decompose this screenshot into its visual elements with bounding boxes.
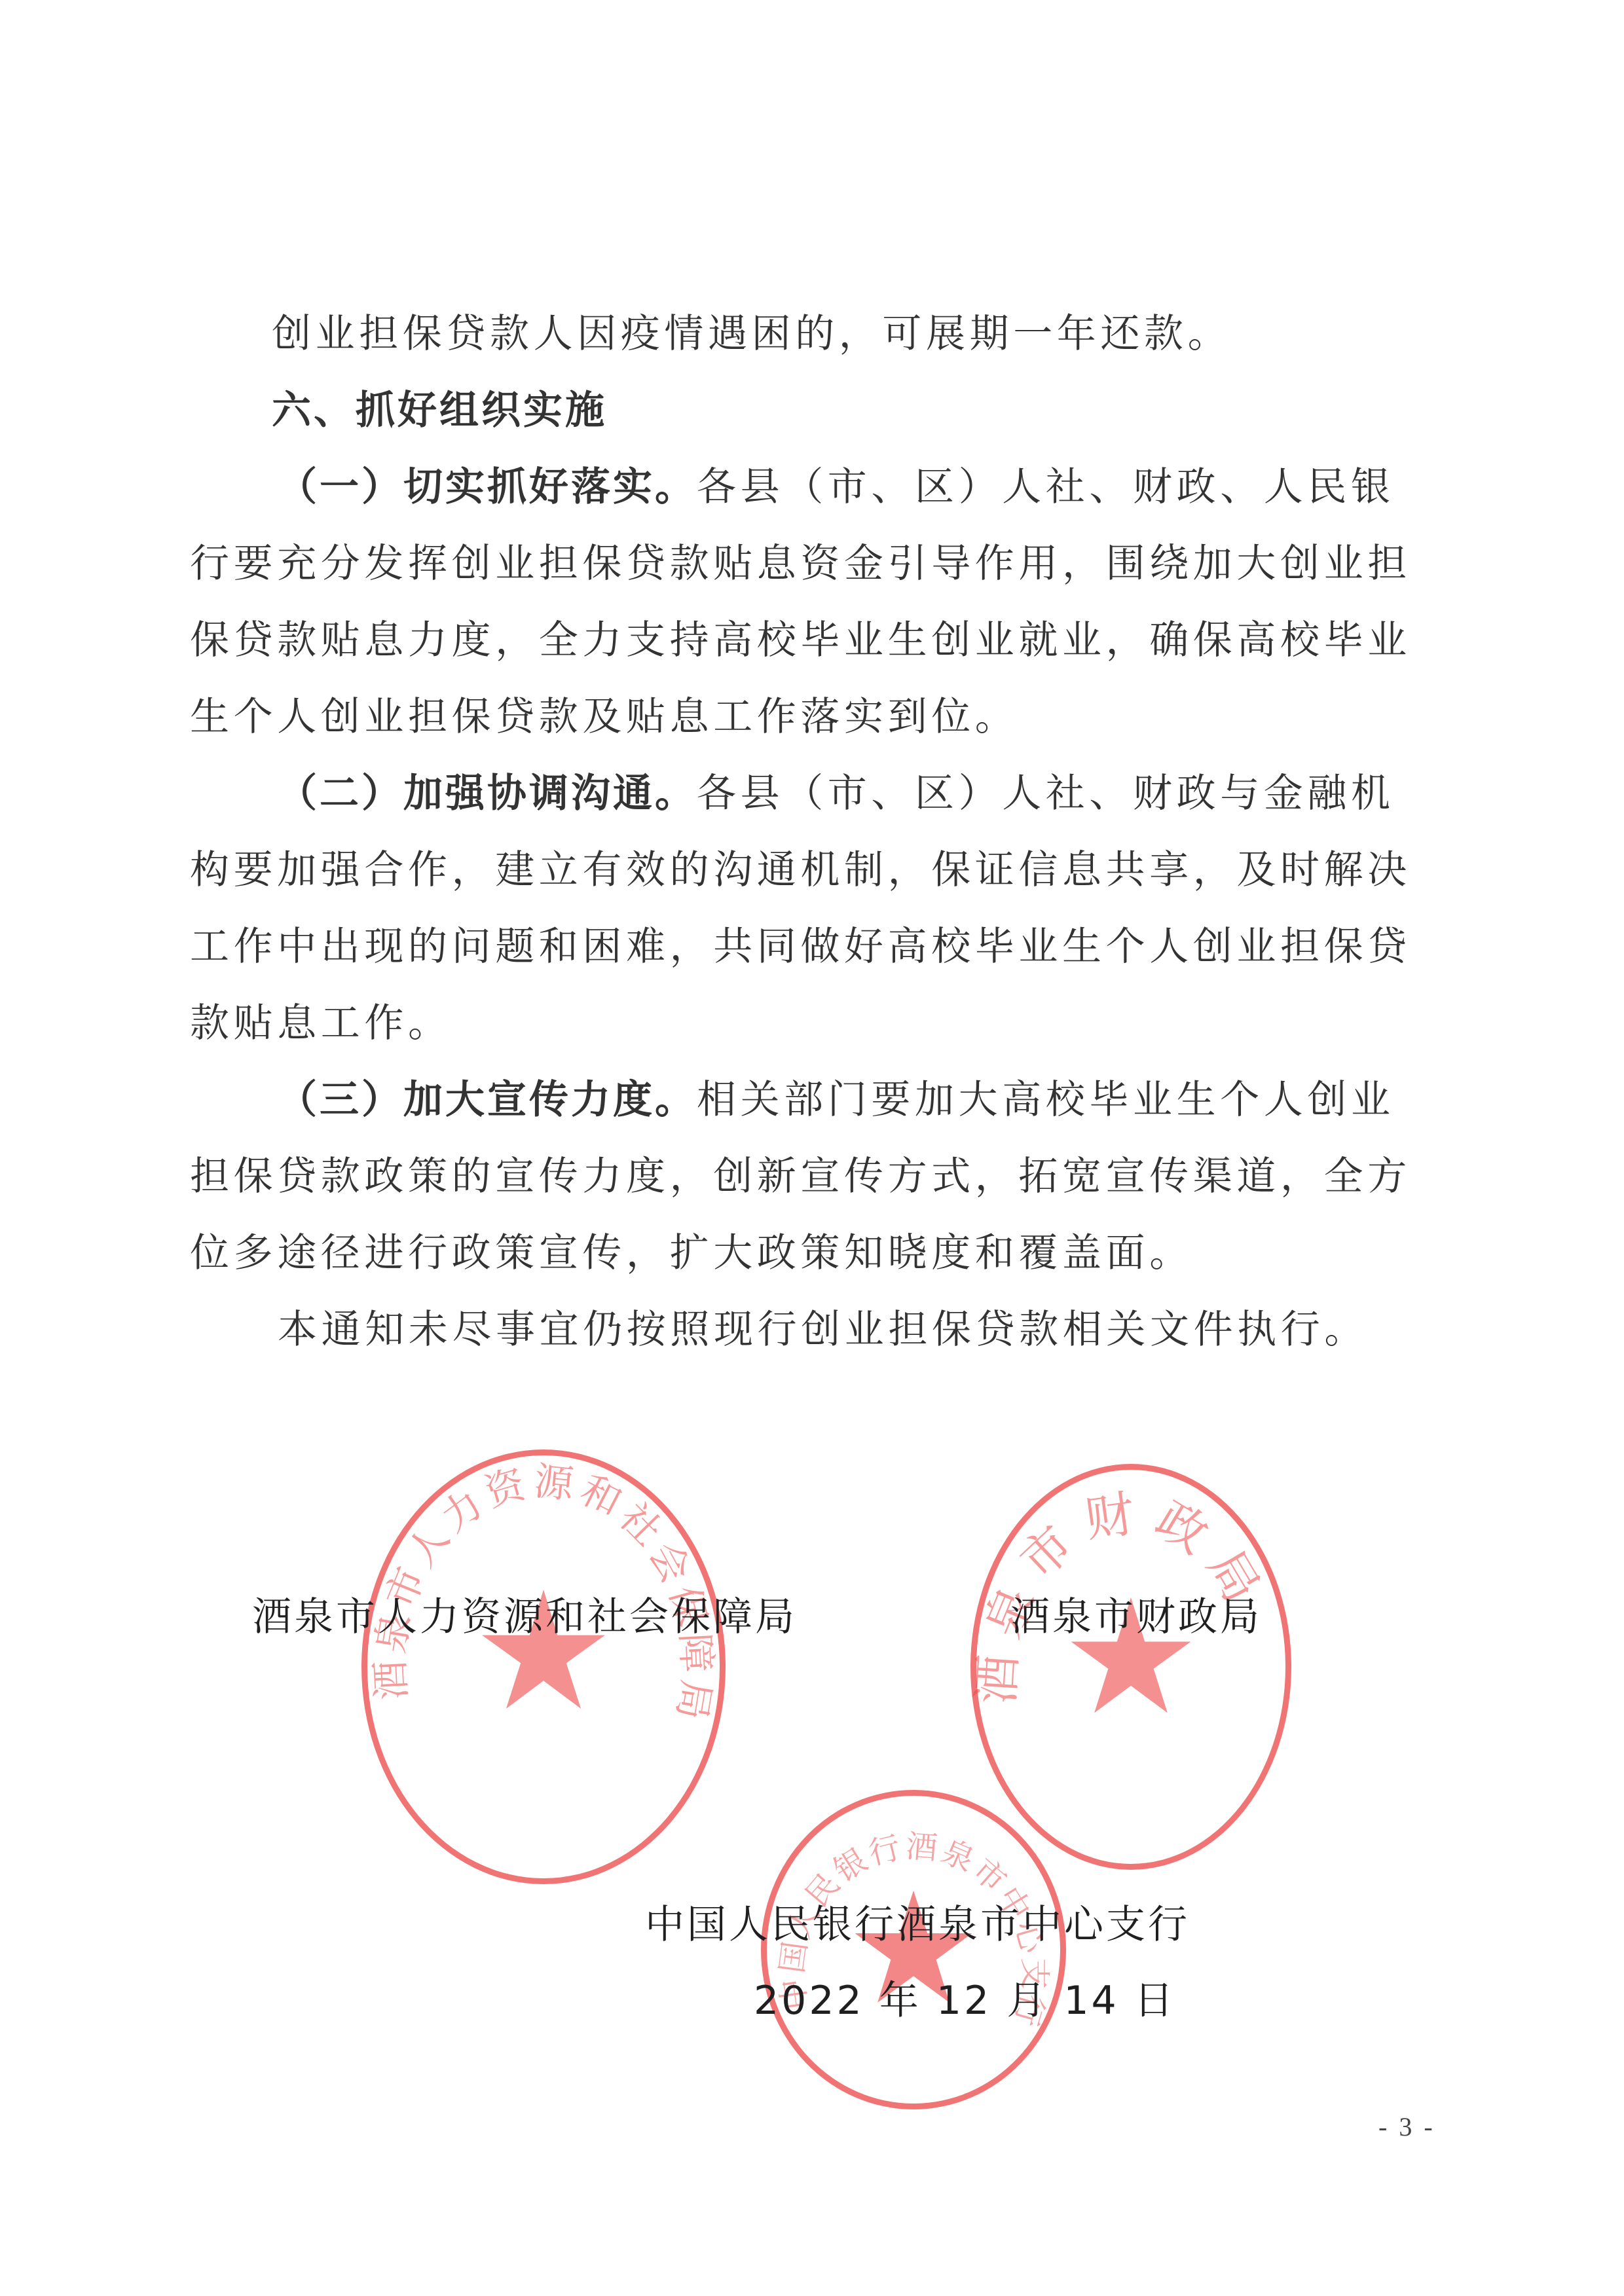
subsection-3-line: 担保贷款政策的宣传力度，创新宣传方式，拓宽宣传渠道，全方 — [190, 1139, 1421, 1215]
subsection-1-text: 各县（市、区）人社、财政、人民银 — [697, 464, 1395, 510]
signature-finance-bureau: 酒泉市财政局 — [1010, 1591, 1262, 1643]
page-number: - 3 - — [1378, 2111, 1435, 2142]
subsection-1-line: 行要充分发挥创业担保贷款贴息资金引导作用，围绕加大创业担 — [190, 526, 1421, 602]
subsection-1-line: 保贷款贴息力度，全力支持高校毕业生创业就业，确保高校毕业 — [190, 602, 1421, 679]
paragraph-continuation: 创业担保贷款人因疫情遇困的，可展期一年还款。 — [272, 296, 1503, 373]
document-page: 创业担保贷款人因疫情遇困的，可展期一年还款。 六、抓好组织实施 （一）切实抓好落… — [0, 0, 1624, 2296]
subsection-1-title: （一）切实抓好落实。 — [278, 464, 697, 510]
subsection-1-line: 生个人创业担保贷款及贴息工作落实到位。 — [190, 679, 1421, 756]
subsection-2-line: 款贴息工作。 — [190, 985, 1421, 1062]
document-date: 2022 年 12 月 14 日 — [754, 1975, 1176, 2027]
subsection-2-line: 构要加强合作，建立有效的沟通机制，保证信息共享，及时解决 — [190, 832, 1421, 909]
subsection-2-title: （二）加强协调沟通。 — [278, 771, 697, 816]
subsection-3-first-line: （三）加大宣传力度。相关部门要加大高校毕业生个人创业 — [278, 1062, 1509, 1139]
signature-pboc-branch: 中国人民银行酒泉市中心支行 — [645, 1899, 1190, 1951]
signature-hrss-bureau: 酒泉市人力资源和社会保障局 — [252, 1591, 797, 1643]
subsection-2-line: 工作中出现的问题和困难，共同做好高校毕业生个人创业担保贷 — [190, 909, 1421, 985]
subsection-3-text: 相关部门要加大高校毕业生个人创业 — [697, 1077, 1395, 1123]
subsection-1-first-line: （一）切实抓好落实。各县（市、区）人社、财政、人民银 — [278, 449, 1509, 526]
subsection-3-title: （三）加大宣传力度。 — [278, 1077, 697, 1123]
subsection-3-line: 位多途径进行政策宣传，扩大政策知晓度和覆盖面。 — [190, 1215, 1421, 1292]
subsection-2-text: 各县（市、区）人社、财政与金融机 — [697, 771, 1395, 816]
subsection-2-first-line: （二）加强协调沟通。各县（市、区）人社、财政与金融机 — [278, 756, 1509, 832]
section-heading-six: 六、抓好组织实施 — [272, 373, 1503, 449]
closing-note: 本通知未尽事宜仍按照现行创业担保贷款相关文件执行。 — [278, 1292, 1509, 1368]
hrss-bureau-seal: 酒泉市人力资源和社会保障局 — [361, 1449, 726, 1884]
seal-star-icon: 酒泉市人力资源和社会保障局 — [367, 1455, 720, 1878]
